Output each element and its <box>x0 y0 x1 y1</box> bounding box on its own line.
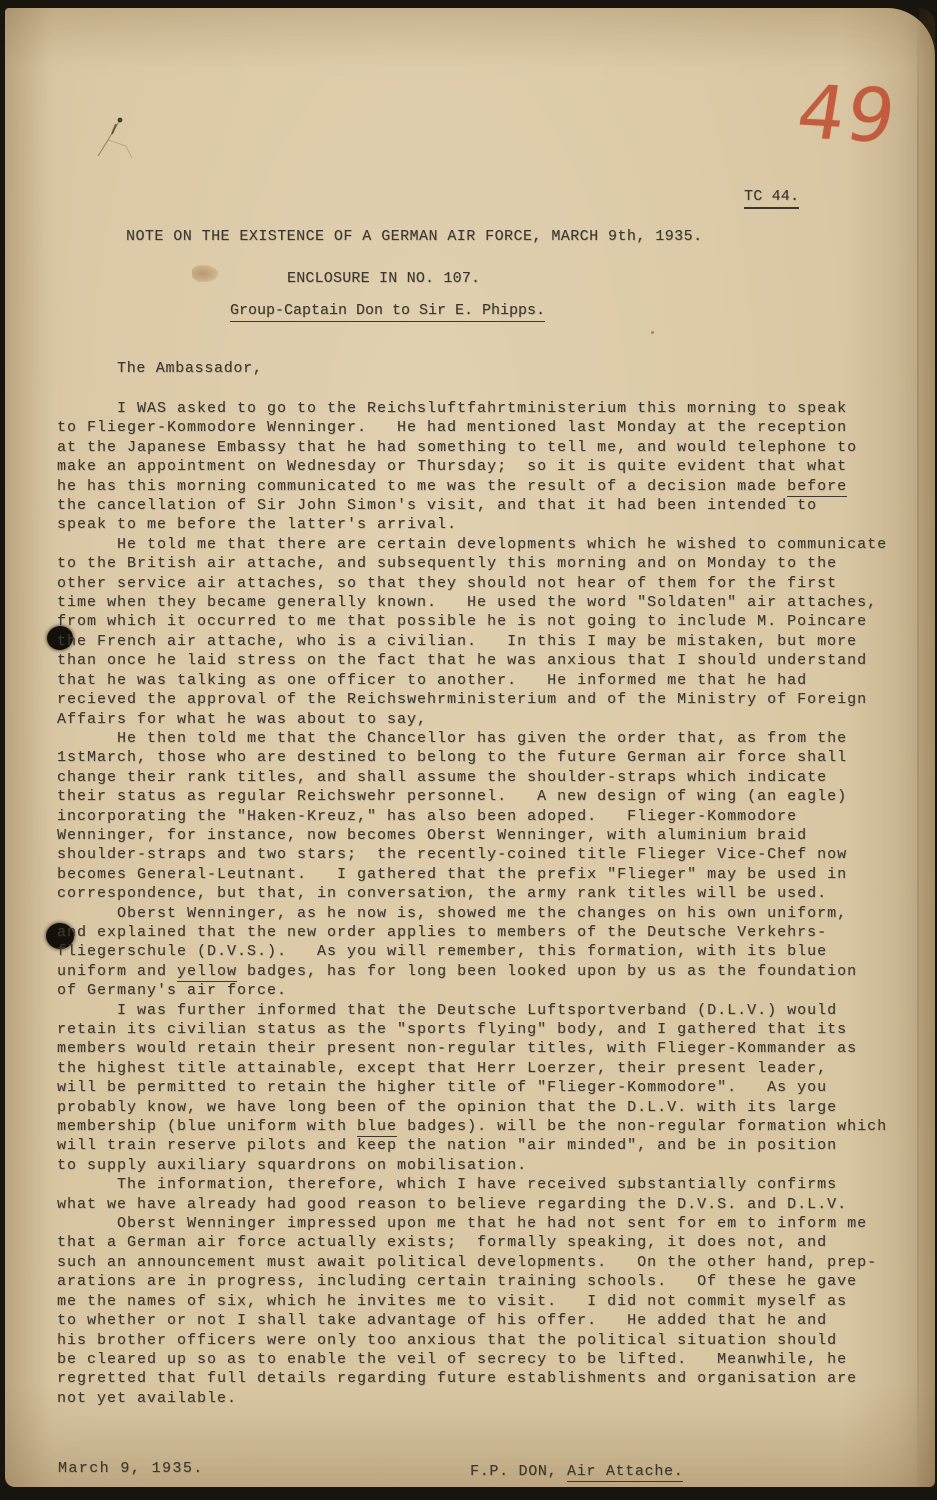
reference-code: TC 44. <box>744 188 799 209</box>
paper-speck <box>651 331 654 334</box>
text-line: not yet available. <box>57 1389 887 1408</box>
text-line: such an announcement must await politica… <box>57 1253 887 1272</box>
paper-stain <box>192 265 218 282</box>
text-line: members would retain their present non-r… <box>57 1039 887 1058</box>
text-line: to Flieger-Kommodore Wenninger. He had m… <box>57 418 887 437</box>
text-line: be cleared up so as to enable the veil o… <box>57 1350 887 1369</box>
salutation: The Ambassador, <box>117 360 263 377</box>
text-line: than once he laid stress on the fact tha… <box>57 651 887 670</box>
text-line: retain its civilian status as the "sport… <box>57 1020 887 1039</box>
text-line: at the Japanese Embassy that he had some… <box>57 438 887 457</box>
text-line: to whether or not I shall take advantage… <box>57 1311 887 1330</box>
text-line: other service air attaches, so that they… <box>57 574 887 593</box>
text-line: Oberst Wenninger, as he now is, showed m… <box>57 904 887 923</box>
text-line: the highest title attainable, except tha… <box>57 1059 887 1078</box>
text-line: Oberst Wenninger impressed upon me that … <box>57 1214 887 1233</box>
text-line: He told me that there are certain develo… <box>57 535 887 554</box>
text-line: their status as regular Reichswehr perso… <box>57 787 887 806</box>
document-body: I WAS asked to go to the Reichsluftfahrt… <box>57 399 887 1408</box>
text-line: that a German air force actually exists;… <box>57 1233 887 1252</box>
text-line: to the British air attache, and subseque… <box>57 554 887 573</box>
text-line: regretted that full details regarding fu… <box>57 1369 887 1388</box>
text-line: shoulder-straps and two stars; the recen… <box>57 845 887 864</box>
text-line: make an appointment on Wednesday or Thur… <box>57 457 887 476</box>
text-line: The information, therefore, which I have… <box>57 1175 887 1194</box>
text-line: probably know, we have long been of the … <box>57 1098 887 1117</box>
text-line: and explained that the new order applies… <box>57 923 887 942</box>
page-fold-crease <box>917 8 919 1487</box>
date-line: March 9, 1935. <box>58 1460 204 1477</box>
paper-tear-mark <box>86 106 158 178</box>
text-line: me the names of six, which he invites me… <box>57 1292 887 1311</box>
text-line: to supply auxiliary squardrons on mobili… <box>57 1156 887 1175</box>
text-line: incorporating the "Haken-Kreuz," has als… <box>57 807 887 826</box>
text-line: speak to me before the latter's arrival. <box>57 515 887 534</box>
text-line: change their rank titles, and shall assu… <box>57 768 887 787</box>
text-line: Affairs for what he was about to say, <box>57 710 887 729</box>
text-line: membership (blue uniform with blue badge… <box>57 1117 887 1136</box>
scanned-document-photo: { "document": { "folio_number": "49", "r… <box>0 0 937 1500</box>
handwritten-folio-number: 49 <box>791 69 914 160</box>
text-line: uniform and yellow badges, has for long … <box>57 962 887 981</box>
text-line: recieved the approval of the Reichswehrm… <box>57 690 887 709</box>
text-line: his brother officers were only too anxio… <box>57 1331 887 1350</box>
text-line: he has this morning communicated to me w… <box>57 477 887 496</box>
text-line: He then told me that the Chancellor has … <box>57 729 887 748</box>
text-line: becomes General-Leutnant. I gathered tha… <box>57 865 887 884</box>
signature-line: F.P. DON, Air Attache. <box>470 1463 683 1480</box>
text-line: I was further informed that the Deutsche… <box>57 1001 887 1020</box>
document-title: NOTE ON THE EXISTENCE OF A GERMAN AIR FO… <box>126 228 703 245</box>
text-line: that he was talking as one officer to an… <box>57 671 887 690</box>
text-line: Wenninger, for instance, now becomes Obe… <box>57 826 887 845</box>
text-line: of Germany's air force. <box>57 981 887 1000</box>
text-line: time when they became generally known. H… <box>57 593 887 612</box>
text-line: correspondence, but that, in conversatio… <box>57 884 887 903</box>
text-line: from which it occurred to me that possib… <box>57 612 887 631</box>
sender-recipient-heading: Group-Captain Don to Sir E. Phipps. <box>230 302 545 322</box>
text-line: arations are in progress, including cert… <box>57 1272 887 1291</box>
text-line: fliegerschule (D.V.S.). As you will reme… <box>57 942 887 961</box>
text-line: will be permitted to retain the higher t… <box>57 1078 887 1097</box>
page-edge-shading <box>919 8 935 1487</box>
enclosure-subtitle: ENCLOSURE IN NO. 107. <box>287 270 480 287</box>
text-line: will train reserve pilots and keep the n… <box>57 1136 887 1155</box>
text-line: I WAS asked to go to the Reichsluftfahrt… <box>57 399 887 418</box>
text-line: the cancellation of Sir John Simon's vis… <box>57 496 887 515</box>
text-line: what we have already had good reason to … <box>57 1195 887 1214</box>
text-line: the French air attache, who is a civilia… <box>57 632 887 651</box>
text-line: 1stMarch, those who are destined to belo… <box>57 748 887 767</box>
